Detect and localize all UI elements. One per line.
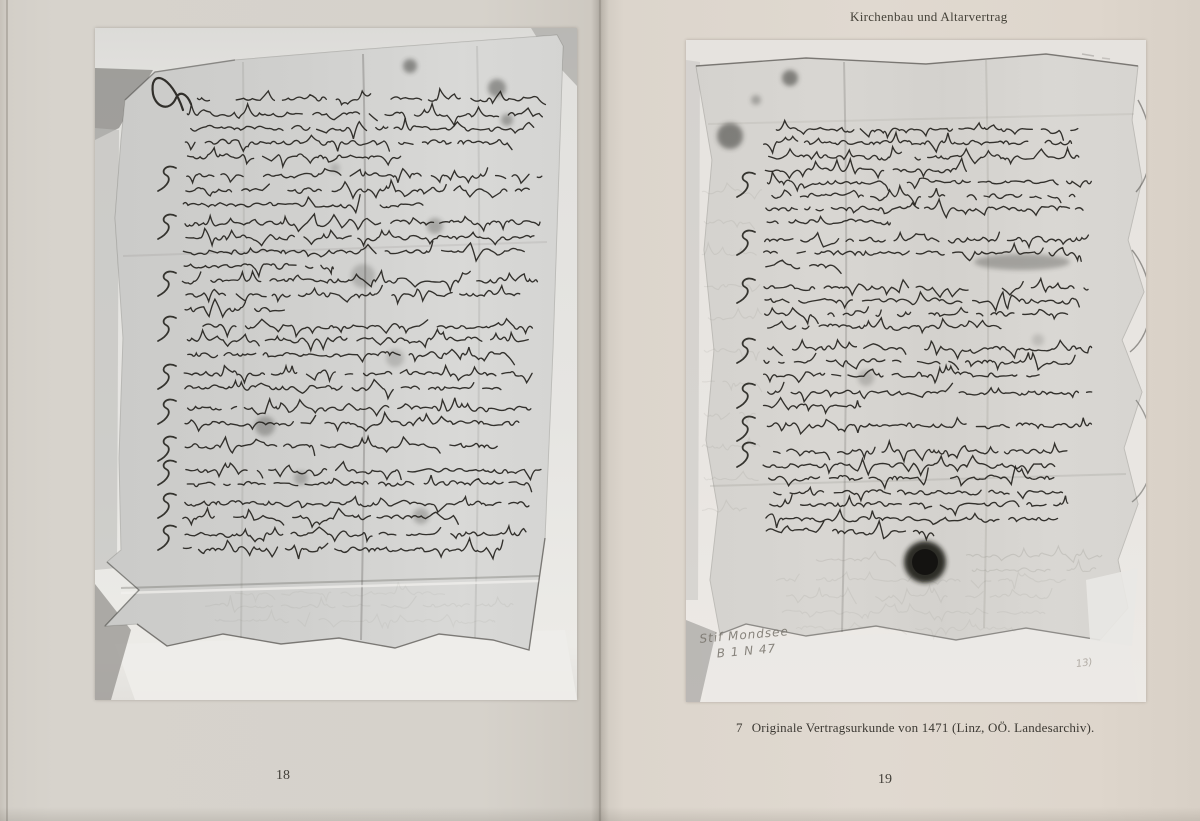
page-number-right: 19	[878, 772, 892, 788]
page-number-left: 18	[276, 768, 290, 784]
page-edge-line	[6, 0, 8, 821]
figure-caption-text: Originale Vertragsurkunde von 1471 (Linz…	[752, 720, 1095, 735]
page-bottom-shade	[0, 807, 1200, 821]
manuscript-figure-right	[686, 40, 1146, 702]
book-gutter-shadow	[591, 0, 609, 821]
pencil-folio-mark: 13)	[1075, 657, 1093, 670]
parchment	[105, 35, 563, 650]
manuscript-figure-left	[95, 28, 577, 700]
wax-seal	[904, 541, 946, 583]
figure-caption: 7Originale Vertragsurkunde von 1471 (Lin…	[736, 720, 1095, 736]
running-head: Kirchenbau und Altarvertrag	[850, 9, 1008, 25]
figure-number: 7	[736, 720, 743, 735]
book-spread-photo: Kirchenbau und Altarvertrag	[0, 0, 1200, 821]
light-patch	[1086, 568, 1138, 646]
manuscript-photo-right	[686, 40, 1146, 702]
manuscript-photo-left	[95, 28, 577, 700]
